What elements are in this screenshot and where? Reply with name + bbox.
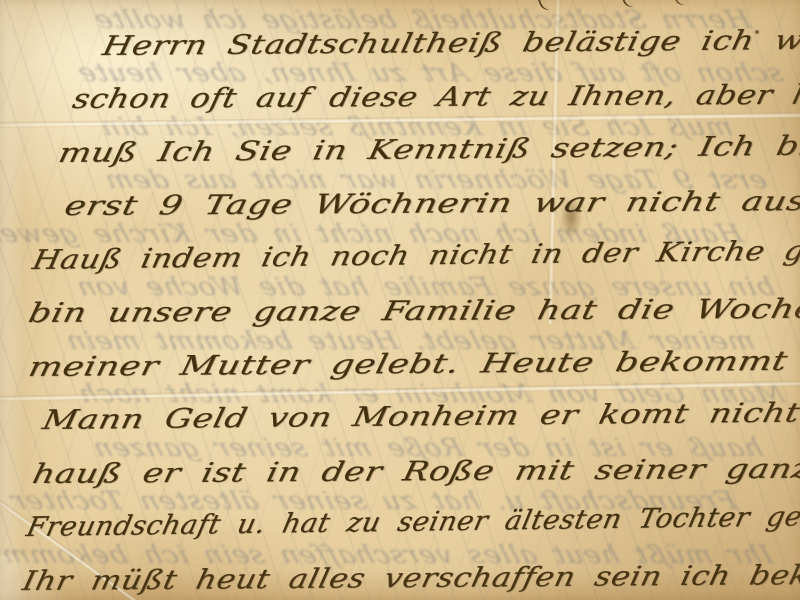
handwriting-line: bin unsere ganze Familie hat die Woche v… bbox=[26, 295, 800, 327]
handwriting-line: erst 9 Tage Wöchnerin war nicht aus dem bbox=[62, 187, 800, 220]
handwriting-line: muß Ich Sie in Kenntniß setzen; Ich bin bbox=[56, 132, 800, 167]
handwriting-line: Ihr müßt heut alles verschaffen sein ich… bbox=[20, 561, 800, 595]
handwriting-layer: Herrn Stadtschultheiß belästige ich woll… bbox=[0, 0, 800, 600]
handwriting-line: Mann Geld von Monheim er komt nicht noch bbox=[40, 399, 800, 434]
handwriting-line: Herrn Stadtschultheiß belästige ich woll… bbox=[100, 26, 800, 60]
handwriting-line: schon oft auf diese Art zu Ihnen, aber h… bbox=[70, 81, 800, 113]
handwriting-line: Freundschaft u. hat zu seiner ältesten T… bbox=[24, 503, 800, 541]
handwriting-line: Hauß indem ich noch nicht in der Kirche … bbox=[30, 236, 800, 274]
handwriting-line: hauß er ist in der Roße mit seiner ganze… bbox=[30, 455, 800, 488]
letter-page: Herrn Stadtschultheiß belästige ich woll… bbox=[0, 0, 800, 600]
handwriting-line: meiner Mutter gelebt. Heute bekommt mein bbox=[26, 347, 800, 381]
